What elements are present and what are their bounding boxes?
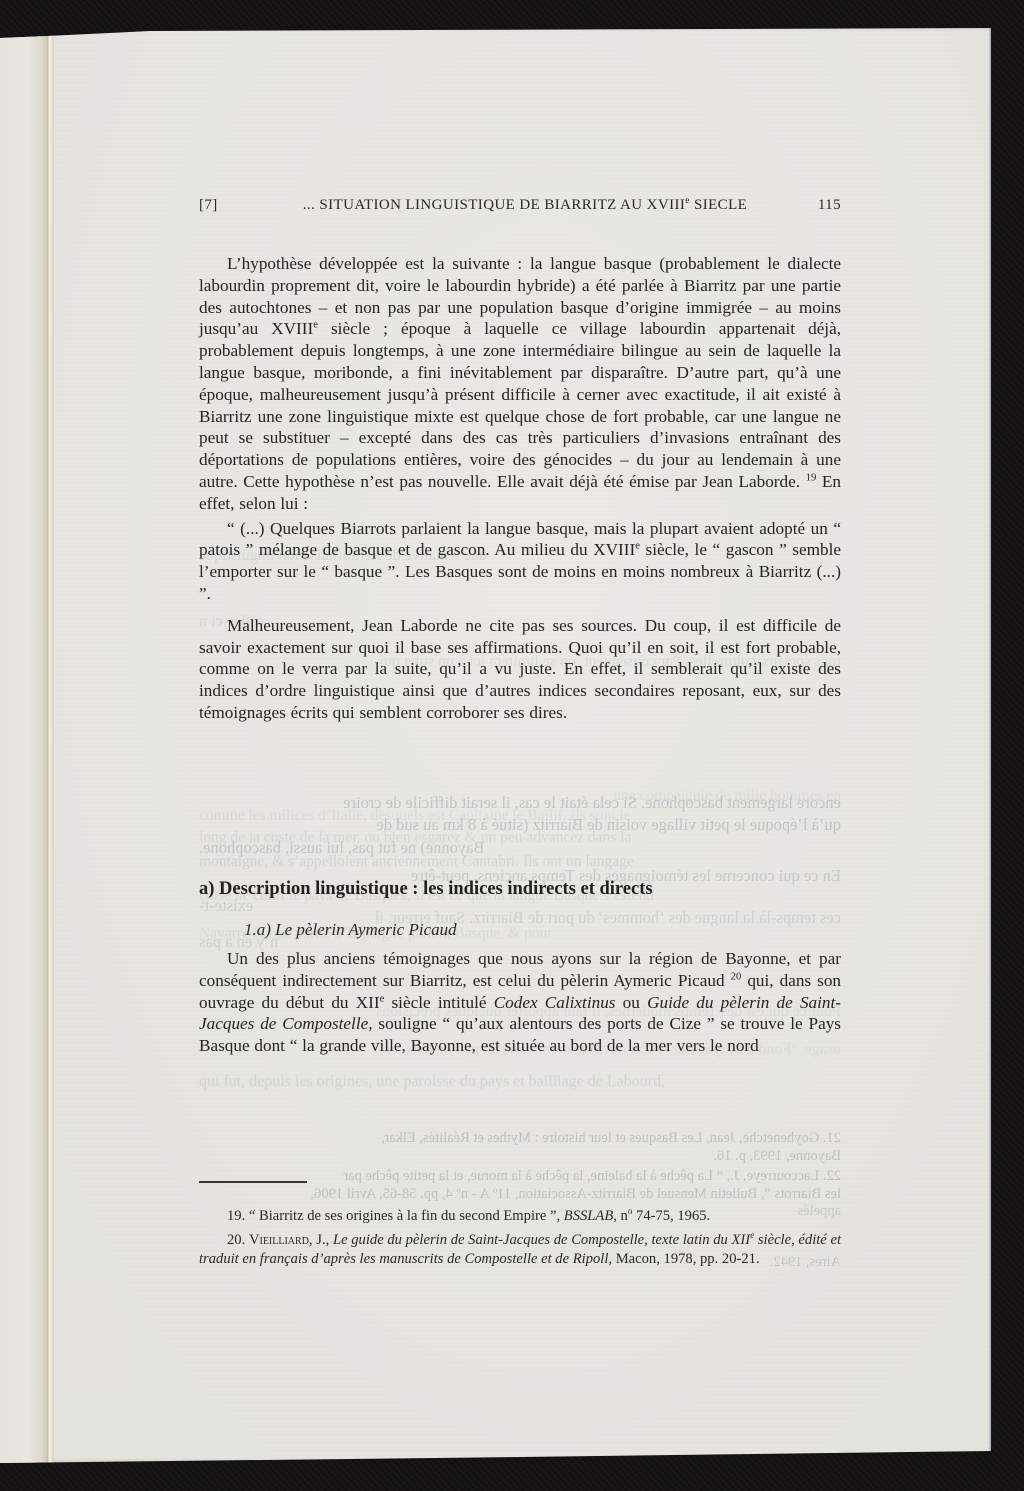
header-page-number: 115 (781, 197, 841, 214)
paragraph-picaud: Un des plus anciens témoignages que nous… (199, 948, 841, 1057)
header-folio: [7] (199, 197, 269, 214)
running-header: [7] ... SITUATION LINGUISTIQUE DE BIARRI… (199, 197, 841, 214)
paragraph-hypothesis: L’hypothèse développée est la suivante :… (199, 253, 841, 515)
quote-laborde: “ (...) Quelques Biarrots parlaient la l… (199, 518, 841, 605)
footnote-20: 20. Vieilliard, J., Le guide du pèlerin … (199, 1231, 841, 1270)
subsection-heading-1a: 1.a) Le pèlerin Aymeric Picaud (199, 920, 886, 940)
footnote-separator-rule (199, 1181, 307, 1183)
section-heading-a: a) Description linguistique : les indice… (199, 879, 841, 900)
footnote-19: 19. “ Biarritz de ses origines à la fin … (199, 1207, 841, 1227)
screenshot-root: { "header": { "folio": "[7]", "title_seg… (0, 0, 1024, 1491)
header-running-title: ... SITUATION LINGUISTIQUE DE BIARRITZ A… (269, 197, 781, 214)
main-text-block: L’hypothèse développée est la suivante :… (199, 253, 841, 724)
paragraph-sources: Malheureusement, Jean Laborde ne cite pa… (199, 615, 841, 724)
printed-text-layer: [7] ... SITUATION LINGUISTIQUE DE BIARRI… (0, 0, 1024, 1491)
